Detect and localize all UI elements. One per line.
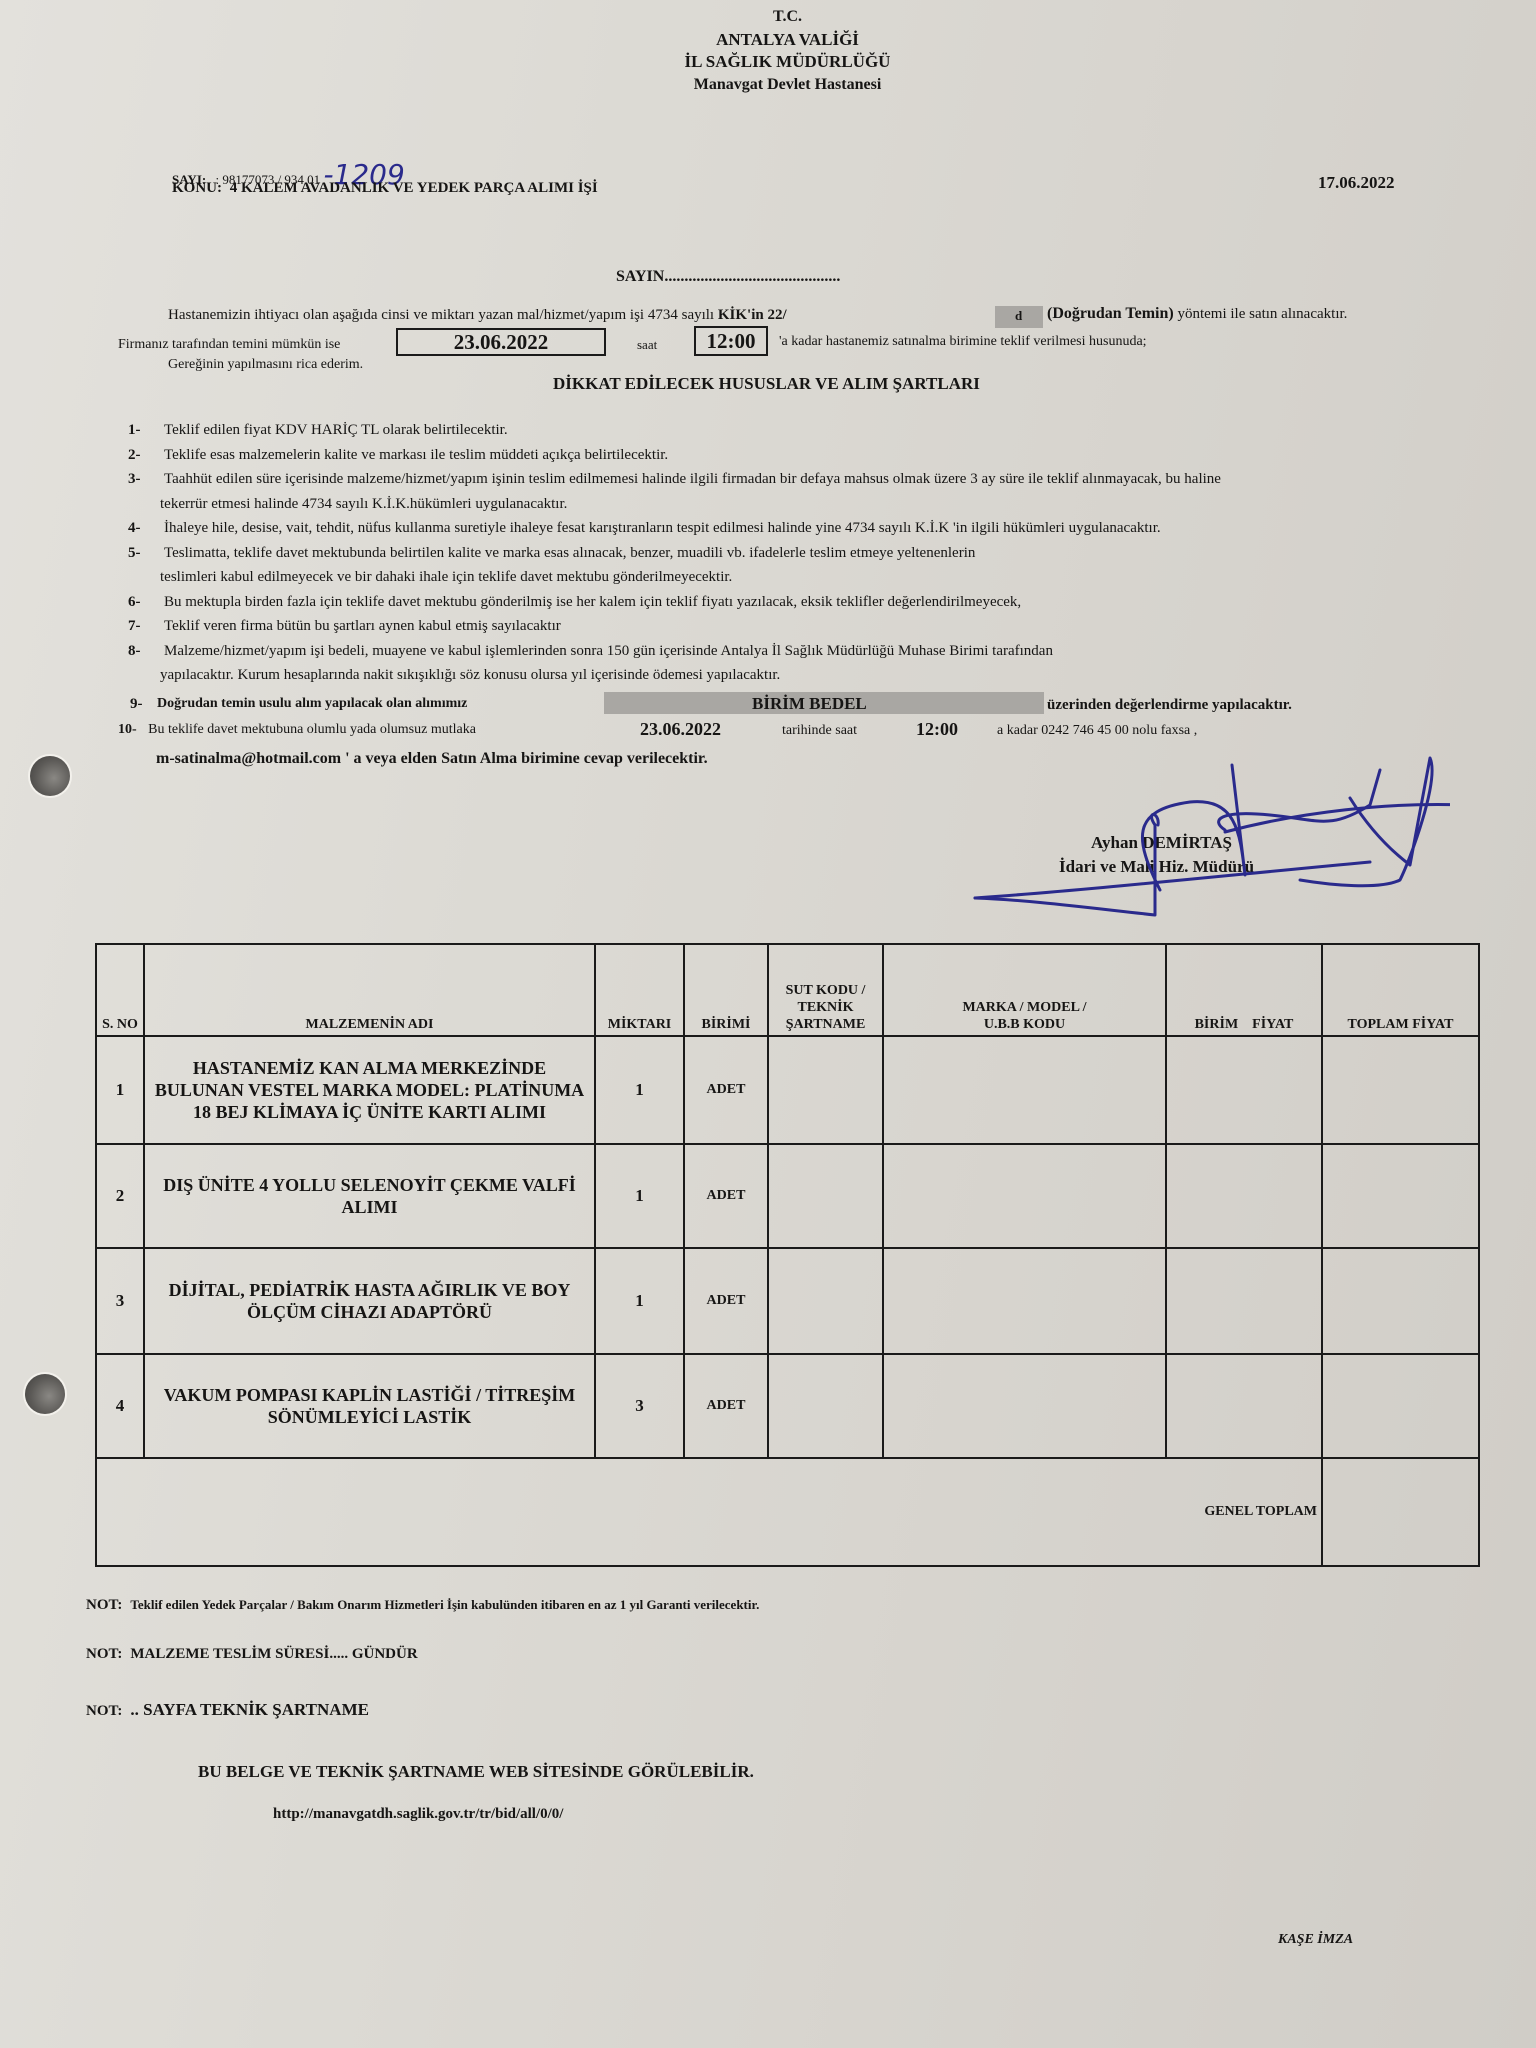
condition-number: 6- (128, 594, 141, 611)
note-text: .. SAYFA TEKNİK ŞARTNAME (130, 1700, 369, 1719)
item-number: 1 (96, 1036, 144, 1144)
item-quantity: 1 (595, 1036, 684, 1144)
deadline-date-box: 23.06.2022 (396, 328, 606, 356)
intro-line-3: Gereğinin yapılmasını rica ederim. (168, 357, 363, 373)
item-brand-model-cell[interactable] (883, 1354, 1166, 1458)
item-unit-price-cell[interactable] (1166, 1354, 1322, 1458)
grand-total-row: GENEL TOPLAM (96, 1458, 1479, 1566)
kik-article: KİK'in 22/ (718, 307, 787, 323)
item-sut-code-cell[interactable] (768, 1144, 883, 1248)
header-hospital: Manavgat Devlet Hastanesi (0, 76, 1536, 94)
website-url[interactable]: http://manavgatdh.saglik.gov.tr/tr/bid/a… (273, 1806, 563, 1823)
condition-number: 9- (130, 696, 143, 713)
header-unit-price: BİRİM FİYAT (1166, 944, 1322, 1036)
condition-text: Malzeme/hizmet/yapım işi bedeli, muayene… (164, 643, 1053, 660)
item-total-price-cell[interactable] (1322, 1354, 1479, 1458)
konu-value: 4 KALEM AVADANLIK VE YEDEK PARÇA ALIMI İ… (230, 180, 598, 196)
note-1: NOT:Teklif edilen Yedek Parçalar / Bakım… (86, 1597, 759, 1614)
table-row: 1HASTANEMİZ KAN ALMA MERKEZİNDE BULUNAN … (96, 1036, 1479, 1144)
condition-text: teslimleri kabul edilmeyecek ve bir daha… (160, 569, 732, 586)
condition-number: 7- (128, 618, 141, 635)
reply-date-suffix: tarihinde saat (782, 723, 857, 739)
item-brand-model-cell[interactable] (883, 1248, 1166, 1354)
note-text: Teklif edilen Yedek Parçalar / Bakım Ona… (130, 1597, 759, 1612)
item-total-price-cell[interactable] (1322, 1144, 1479, 1248)
item-unit-price-cell[interactable] (1166, 1248, 1322, 1354)
procurement-letter: d (1015, 308, 1022, 324)
condition-text: Teklif veren firma bütün bu şartları ayn… (164, 618, 561, 635)
condition-number: 8- (128, 643, 141, 660)
document-page: T.C. ANTALYA VALİĞİ İL SAĞLIK MÜDÜRLÜĞÜ … (0, 0, 1536, 2048)
handwritten-signature (970, 750, 1450, 920)
item-quantity: 1 (595, 1144, 684, 1248)
note-label: NOT: (86, 1597, 122, 1613)
table-row: 4VAKUM POMPASI KAPLİN LASTİĞİ / TİTREŞİM… (96, 1354, 1479, 1458)
condition-text: Teslimatta, teklife davet mektubunda bel… (164, 545, 975, 562)
condition-text: tekerrür etmesi halinde 4734 sayılı K.İ.… (160, 496, 567, 513)
condition-text: Bu teklife davet mektubuna olumlu yada o… (148, 722, 476, 737)
item-brand-model-cell[interactable] (883, 1036, 1166, 1144)
condition-text: yapılacaktır. Kurum hesaplarında nakit s… (160, 667, 780, 684)
item-sut-code-cell[interactable] (768, 1248, 883, 1354)
condition-item-10: 10- Bu teklife davet mektubuna olumlu ya… (118, 722, 476, 738)
item-name: HASTANEMİZ KAN ALMA MERKEZİNDE BULUNAN V… (144, 1036, 595, 1144)
konu-label: KONU: (172, 180, 222, 196)
item-quantity: 1 (595, 1248, 684, 1354)
condition-item-9-end: üzerinden değerlendirme yapılacaktır. (1047, 697, 1292, 714)
items-table: S. NO MALZEMENİN ADI MİKTARI BİRİMİ SUT … (95, 943, 1480, 1567)
item-unit: ADET (684, 1036, 768, 1144)
note-2: NOT:MALZEME TESLİM SÜRESİ..... GÜNDÜR (86, 1646, 418, 1663)
fax-info: a kadar 0242 746 45 00 nolu faxsa , (997, 723, 1197, 739)
header-directorate: İL SAĞLIK MÜDÜRLÜĞÜ (0, 52, 1536, 72)
website-notice: BU BELGE VE TEKNİK ŞARTNAME WEB SİTESİND… (198, 1762, 754, 1782)
item-name: DİJİTAL, PEDİATRİK HASTA AĞIRLIK VE BOY … (144, 1248, 595, 1354)
condition-number: 10- (118, 722, 137, 737)
item-total-price-cell[interactable] (1322, 1248, 1479, 1354)
condition-number: 3- (128, 471, 141, 488)
table-row: 3DİJİTAL, PEDİATRİK HASTA AĞIRLIK VE BOY… (96, 1248, 1479, 1354)
konu-line: KONU: 4 KALEM AVADANLIK VE YEDEK PARÇA A… (172, 180, 598, 197)
table-header-row: S. NO MALZEMENİN ADI MİKTARI BİRİMİ SUT … (96, 944, 1479, 1036)
punch-hole-bottom (25, 1374, 65, 1414)
intro-text-a: Hastanemizin ihtiyacı olan aşağıda cinsi… (168, 307, 714, 323)
header-quantity: MİKTARI (595, 944, 684, 1036)
intro-line-1-end: (Doğrudan Temin) yöntemi ile satın alına… (1047, 305, 1347, 323)
item-number: 4 (96, 1354, 144, 1458)
stamp-signature-label: KAŞE İMZA (1278, 1932, 1353, 1948)
item-quantity: 3 (595, 1354, 684, 1458)
document-date: 17.06.2022 (1318, 173, 1395, 193)
intro-line-2-label: Firmanız tarafından temini mümkün ise (118, 337, 340, 353)
item-number: 3 (96, 1248, 144, 1354)
condition-number: 1- (128, 422, 141, 439)
note-label: NOT: (86, 1703, 122, 1719)
condition-text: Teklife esas malzemelerin kalite ve mark… (164, 447, 668, 464)
reply-date: 23.06.2022 (640, 719, 721, 740)
item-unit: ADET (684, 1354, 768, 1458)
note-text: MALZEME TESLİM SÜRESİ..... GÜNDÜR (130, 1646, 417, 1662)
note-label: NOT: (86, 1646, 122, 1662)
item-unit-price-cell[interactable] (1166, 1144, 1322, 1248)
saat-label: saat (637, 337, 657, 353)
condition-text: Taahhüt edilen süre içerisinde malzeme/h… (164, 471, 1221, 488)
header-total-price: TOPLAM FİYAT (1322, 944, 1479, 1036)
note-3: NOT:.. SAYFA TEKNİK ŞARTNAME (86, 1700, 369, 1720)
header-sno: S. NO (96, 944, 144, 1036)
intro-line-2-end: 'a kadar hastanemiz satınalma birimine t… (779, 334, 1147, 350)
condition-text: Bu mektupla birden fazla için teklife da… (164, 594, 1021, 611)
condition-number: 5- (128, 545, 141, 562)
item-sut-code-cell[interactable] (768, 1354, 883, 1458)
reply-email-line: m-satinalma@hotmail.com ' a veya elden S… (156, 750, 708, 768)
intro-line-1: Hastanemizin ihtiyacı olan aşağıda cinsi… (168, 307, 787, 324)
item-unit: ADET (684, 1248, 768, 1354)
punch-hole-top (30, 756, 70, 796)
header-unit: BİRİMİ (684, 944, 768, 1036)
item-unit-price-cell[interactable] (1166, 1036, 1322, 1144)
reply-time: 12:00 (916, 719, 958, 740)
condition-text: Teklif edilen fiyat KDV HARİÇ TL olarak … (164, 422, 508, 439)
header-item-name: MALZEMENİN ADI (144, 944, 595, 1036)
salutation: SAYIN...................................… (616, 268, 840, 286)
deadline-time-box: 12:00 (694, 326, 768, 356)
condition-text: Doğrudan temin usulu alım yapılacak olan… (157, 696, 467, 712)
header-tc: T.C. (0, 8, 1536, 26)
header-brand-model: MARKA / MODEL / U.B.B KODU (883, 944, 1166, 1036)
item-name: DIŞ ÜNİTE 4 YOLLU SELENOYİT ÇEKME VALFİ … (144, 1144, 595, 1248)
item-unit: ADET (684, 1144, 768, 1248)
condition-number: 2- (128, 447, 141, 464)
header-sut-code: SUT KODU / TEKNİK ŞARTNAME (768, 944, 883, 1036)
item-sut-code-cell[interactable] (768, 1036, 883, 1144)
item-name: VAKUM POMPASI KAPLİN LASTİĞİ / TİTREŞİM … (144, 1354, 595, 1458)
intro-text-b: yöntemi ile satın alınacaktır. (1177, 306, 1347, 322)
grand-total-label: GENEL TOPLAM (96, 1458, 1322, 1566)
grand-total-value[interactable] (1322, 1458, 1479, 1566)
header-governorship: ANTALYA VALİĞİ (0, 30, 1536, 50)
condition-text: İhaleye hile, desise, vait, tehdit, nüfu… (164, 520, 1161, 537)
item-brand-model-cell[interactable] (883, 1144, 1166, 1248)
condition-number: 4- (128, 520, 141, 537)
item-total-price-cell[interactable] (1322, 1036, 1479, 1144)
item-number: 2 (96, 1144, 144, 1248)
table-row: 2DIŞ ÜNİTE 4 YOLLU SELENOYİT ÇEKME VALFİ… (96, 1144, 1479, 1248)
conditions-title: DİKKAT EDİLECEK HUSUSLAR VE ALIM ŞARTLAR… (553, 374, 980, 394)
evaluation-basis: BİRİM BEDEL (752, 694, 867, 714)
procurement-method: (Doğrudan Temin) (1047, 305, 1174, 322)
